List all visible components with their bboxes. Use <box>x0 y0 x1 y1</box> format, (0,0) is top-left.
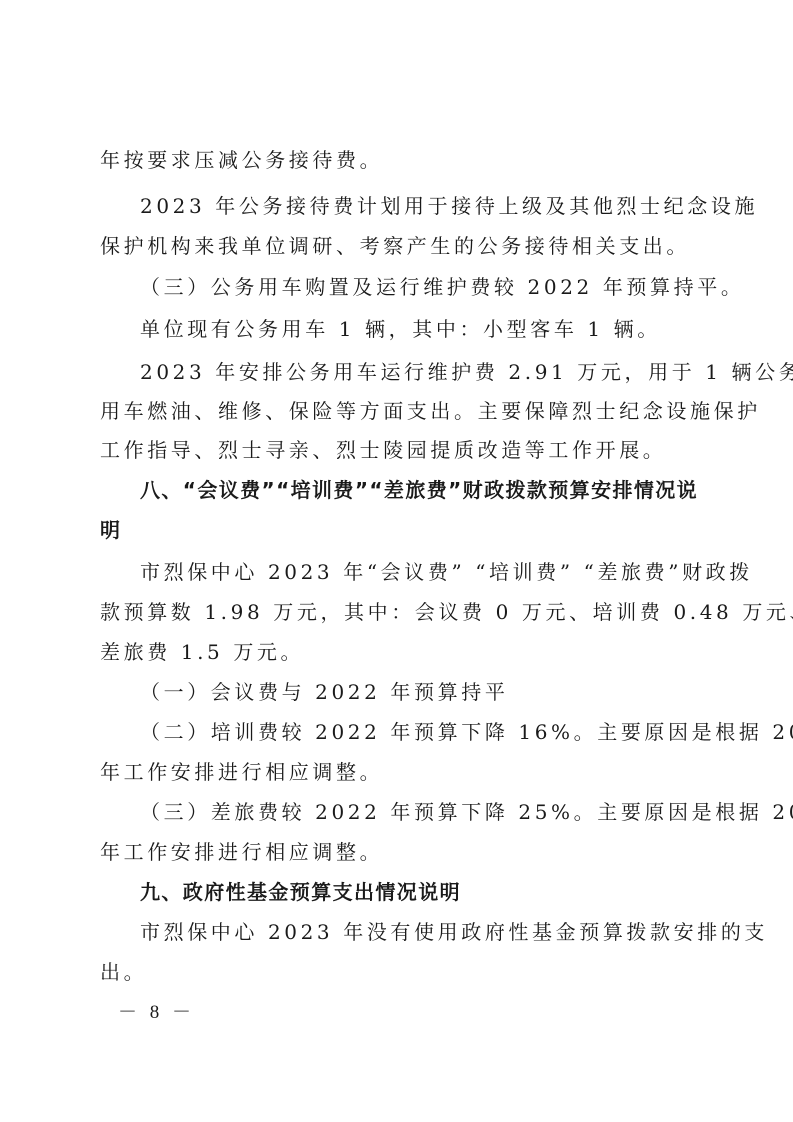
paragraph-line: 出。 <box>100 960 147 984</box>
paragraph-line: 差旅费 1.5 万元。 <box>100 640 304 664</box>
paragraph-line: 年按要求压减公务接待费。 <box>100 148 383 172</box>
paragraph-line: 2023 年公务接待费计划用于接待上级及其他烈士纪念设施 <box>140 194 758 218</box>
paragraph-line: （一）会议费与 2022 年预算持平 <box>140 680 508 704</box>
paragraph-line: （三）差旅费较 2022 年预算下降 25%。主要原因是根据 2023 <box>140 800 793 824</box>
section-heading-line: 八、“会议费”“培训费”“差旅费”财政拨款预算安排情况说 <box>140 478 698 502</box>
paragraph-line: （三）公务用车购置及运行维护费较 2022 年预算持平。 <box>140 275 744 299</box>
paragraph-line: 2023 年安排公务用车运行维护费 2.91 万元，用于 1 辆公务 <box>140 360 793 384</box>
paragraph-line: 年工作安排进行相应调整。 <box>100 840 383 864</box>
paragraph-line: 市烈保中心 2023 年“会议费” “培训费” “差旅费”财政拨 <box>140 560 753 584</box>
paragraph-line: （二）培训费较 2022 年预算下降 16%。主要原因是根据 2023 <box>140 720 793 744</box>
paragraph-line: 保护机构来我单位调研、考察产生的公务接待相关支出。 <box>100 234 690 258</box>
paragraph-line: 款预算数 1.98 万元，其中：会议费 0 万元、培训费 0.48 万元、 <box>100 600 793 624</box>
page-number: － 8 － <box>118 997 195 1024</box>
section-heading-line: 九、政府性基金预算支出情况说明 <box>140 880 461 904</box>
paragraph-line: 市烈保中心 2023 年没有使用政府性基金预算拨款安排的支 <box>140 920 768 944</box>
paragraph-line: 用车燃油、维修、保险等方面支出。主要保障烈士纪念设施保护 <box>100 399 761 423</box>
section-heading-line: 明 <box>100 518 121 542</box>
paragraph-line: 工作指导、烈士寻亲、烈士陵园提质改造等工作开展。 <box>100 438 666 462</box>
paragraph-line: 单位现有公务用车 1 辆，其中：小型客车 1 辆。 <box>140 317 661 341</box>
paragraph-line: 年工作安排进行相应调整。 <box>100 760 383 784</box>
